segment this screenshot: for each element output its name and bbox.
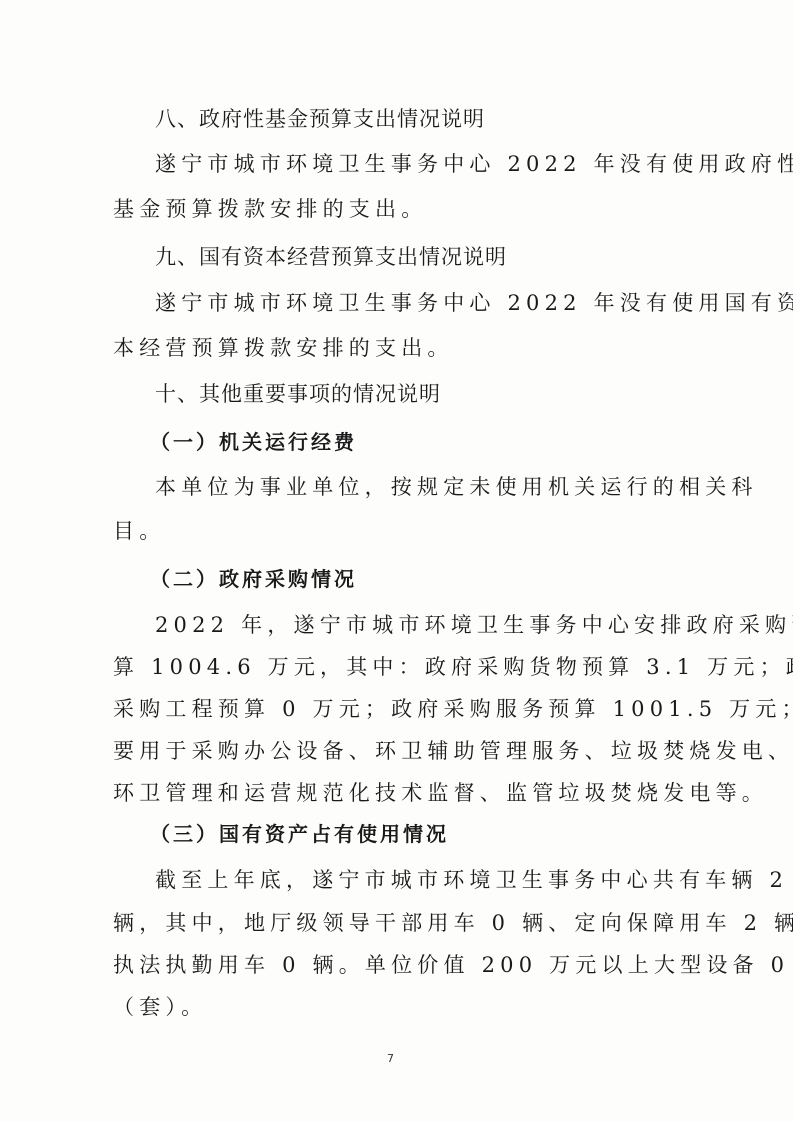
subsection-heading-3: （三）国有资产占有使用情况 <box>150 820 449 848</box>
subsection-heading-1: （一）机关运行经费 <box>150 428 357 456</box>
subsection-heading-2: （二）政府采购情况 <box>150 565 357 593</box>
paragraph-line: 本经营预算拨款安排的支出。 <box>113 334 454 362</box>
paragraph-line: 目。 <box>113 517 165 545</box>
paragraph-line: 算 1004.6 万元，其中：政府采购货物预算 3.1 万元；政府 <box>113 653 793 681</box>
paragraph-line: 采购工程预算 0 万元；政府采购服务预算 1001.5 万元；主 <box>113 695 793 723</box>
paragraph-line: 辆，其中，地厅级领导干部用车 0 辆、定向保障用车 2 辆、 <box>113 909 793 937</box>
paragraph-line: 基金预算拨款安排的支出。 <box>113 195 427 223</box>
paragraph-line: 2022 年，遂宁市城市环境卫生事务中心安排政府采购预 <box>155 611 793 639</box>
section-heading-8: 八、政府性基金预算支出情况说明 <box>155 105 485 133</box>
document-page: 八、政府性基金预算支出情况说明 遂宁市城市环境卫生事务中心 2022 年没有使用… <box>0 0 793 1122</box>
paragraph-line: 遂宁市城市环境卫生事务中心 2022 年没有使用国有资 <box>155 289 793 317</box>
paragraph-line: 要用于采购办公设备、环卫辅助管理服务、垃圾焚烧发电、 <box>113 737 793 765</box>
paragraph-line: （套）。 <box>113 993 207 1021</box>
paragraph-line: 执法执勤用车 0 辆。单位价值 200 万元以上大型设备 0 台 <box>113 951 793 979</box>
page-number: 7 <box>387 1052 394 1065</box>
paragraph-line: 截至上年底，遂宁市城市环境卫生事务中心共有车辆 2 <box>155 866 788 894</box>
paragraph-line: 遂宁市城市环境卫生事务中心 2022 年没有使用政府性 <box>155 150 793 178</box>
paragraph-line: 本单位为事业单位，按规定未使用机关运行的相关科 <box>155 473 758 501</box>
section-heading-10: 十、其他重要事项的情况说明 <box>155 380 441 408</box>
paragraph-line: 环卫管理和运营规范化技术监督、监管垃圾焚烧发电等。 <box>113 779 768 807</box>
section-heading-9: 九、国有资本经营预算支出情况说明 <box>155 243 507 271</box>
